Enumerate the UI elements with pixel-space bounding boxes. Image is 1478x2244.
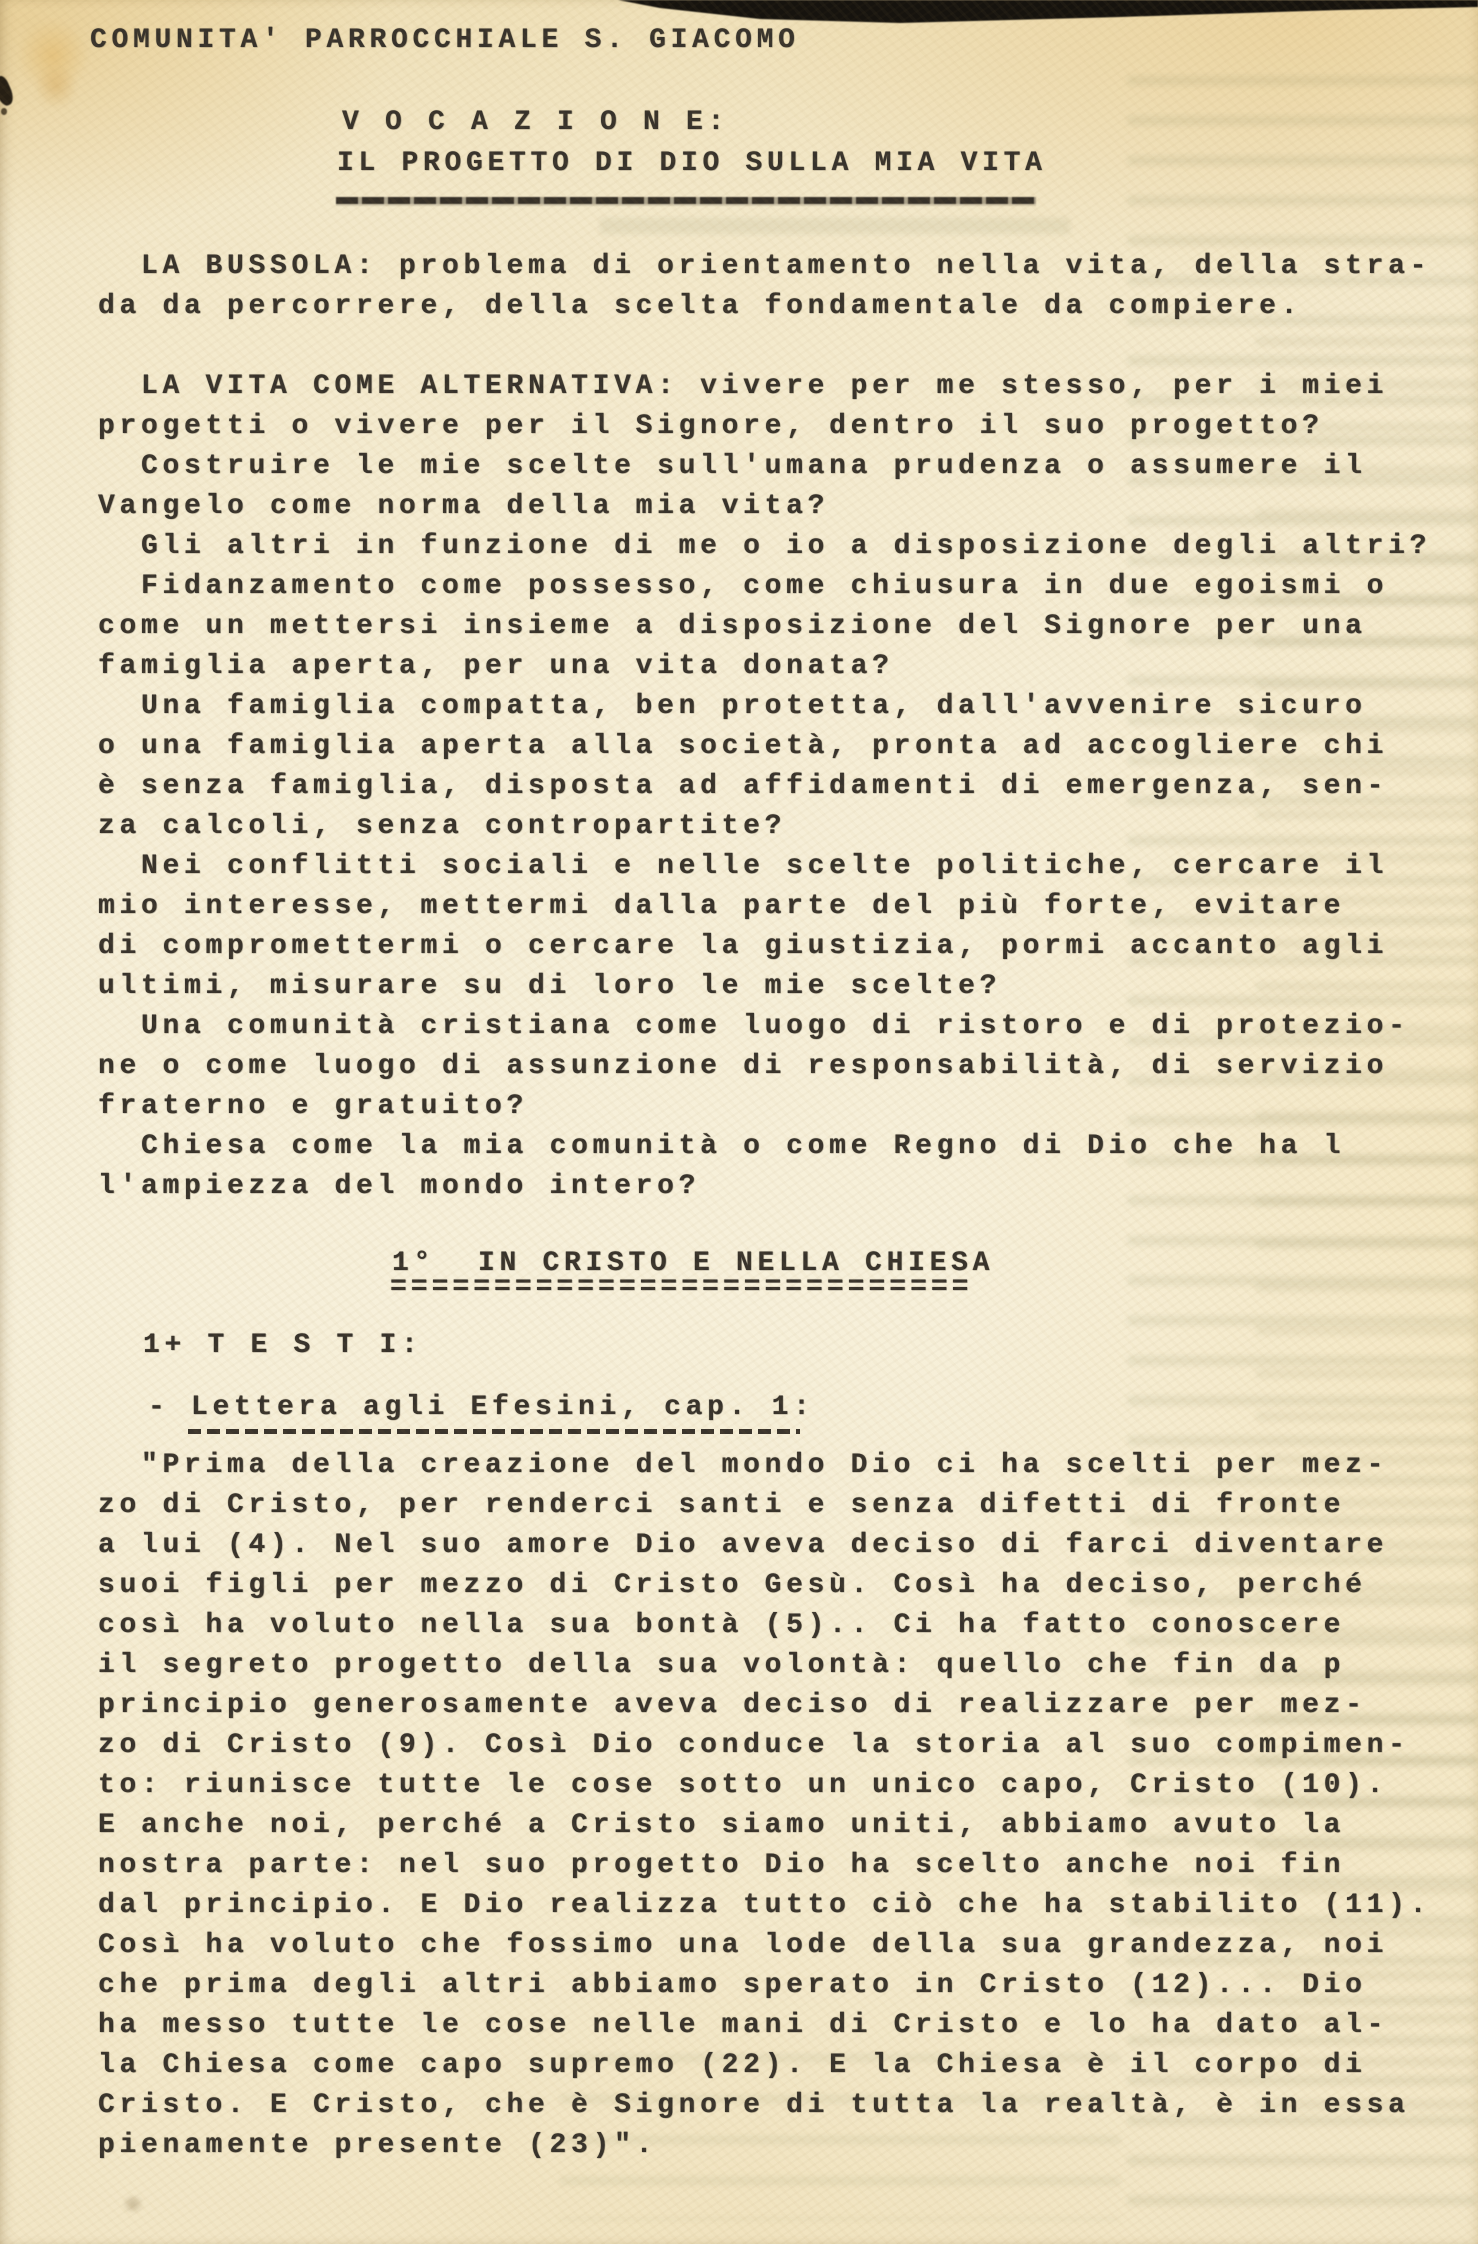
testi-label: 1+ T E S T I: <box>143 1326 423 1366</box>
bleedthrough-ghost-text <box>600 208 1070 248</box>
ink-blot-artifact <box>0 74 16 108</box>
intro-paragraphs: LA BUSSOLA: problema di orientamento nel… <box>98 247 1431 1207</box>
document-title-line1: V O C A Z I O N E: <box>342 103 729 143</box>
scripture-reference: - Lettera agli Efesini, cap. 1: <box>148 1388 815 1428</box>
title-underline <box>336 197 1036 204</box>
document-title-line2: IL PROGETTO DI DIO SULLA MIA VITA <box>337 144 1047 184</box>
document-page: COMUNITA' PARROCCHIALE S. GIACOMO V O C … <box>0 0 1478 2244</box>
scripture-quote: "Prima della creazione del mondo Dio ci … <box>98 1446 1431 2166</box>
reference-underline <box>188 1429 800 1434</box>
ink-speck-artifact <box>1 108 7 115</box>
paper-stain <box>120 2196 146 2212</box>
section-heading-underline: ============================ <box>390 1268 972 1308</box>
paper-stain <box>36 64 76 110</box>
document-header: COMUNITA' PARROCCHIALE S. GIACOMO <box>90 21 800 61</box>
